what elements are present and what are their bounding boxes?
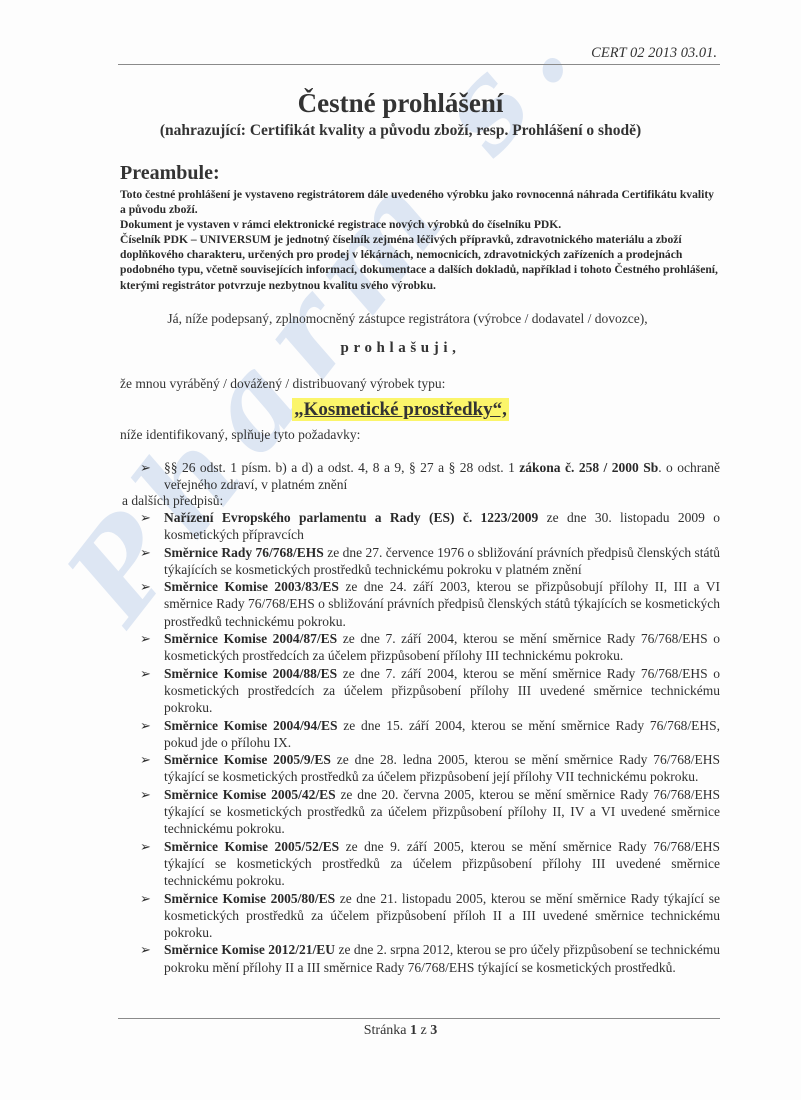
regulation-title: Směrnice Rady 76/768/EHS xyxy=(164,545,324,560)
requirements-intro: níže identifikovaný, splňuje tyto požada… xyxy=(120,427,360,443)
regulation-item: ➢Směrnice Komise 2005/52/ES ze dne 9. zá… xyxy=(140,838,720,890)
footer-divider xyxy=(118,1018,720,1019)
arrow-bullet-icon: ➢ xyxy=(140,941,151,958)
regulation-list: ➢Nařízení Evropského parlamentu a Rady (… xyxy=(140,509,720,976)
arrow-bullet-icon: ➢ xyxy=(140,459,151,476)
regulation-item: ➢Směrnice Komise 2005/42/ES ze dne 20. č… xyxy=(140,786,720,838)
arrow-bullet-icon: ➢ xyxy=(140,838,151,855)
regulation-title: Směrnice Komise 2004/94/ES xyxy=(164,718,338,733)
regulation-item: ➢Směrnice Komise 2004/94/ES ze dne 15. z… xyxy=(140,717,720,752)
regulation-title: Směrnice Komise 2004/88/ES xyxy=(164,666,337,681)
preamble-paragraph: Číselník PDK – UNIVERSUM je jednotný čís… xyxy=(120,232,720,292)
arrow-bullet-icon: ➢ xyxy=(140,509,151,526)
declarant-intro: Já, níže podepsaný, zplnomocněný zástupc… xyxy=(0,311,801,327)
document-code: CERT 02 2013 03.01. xyxy=(591,45,717,62)
law-list: ➢ §§ 26 odst. 1 písm. b) a d) a odst. 4,… xyxy=(140,459,720,494)
regulation-item: ➢Směrnice Komise 2005/80/ES ze dne 21. l… xyxy=(140,890,720,942)
regulation-title: Nařízení Evropského parlamentu a Rady (E… xyxy=(164,510,538,525)
regulation-title: Směrnice Komise 2005/80/ES xyxy=(164,891,335,906)
regulation-item: ➢Směrnice Komise 2004/88/ES ze dne 7. zá… xyxy=(140,665,720,717)
preamble-paragraph: Dokument je vystaven v rámci elektronick… xyxy=(120,217,720,232)
arrow-bullet-icon: ➢ xyxy=(140,890,151,907)
regulation-item: ➢Směrnice Komise 2003/83/ES ze dne 24. z… xyxy=(140,578,720,630)
regulation-item: ➢Směrnice Komise 2005/9/ES ze dne 28. le… xyxy=(140,751,720,786)
regulation-item: ➢Směrnice Rady 76/768/EHS ze dne 27. čer… xyxy=(140,544,720,579)
regulation-title: Směrnice Komise 2004/87/ES xyxy=(164,631,337,646)
arrow-bullet-icon: ➢ xyxy=(140,786,151,803)
document-subtitle: (nahrazující: Certifikát kvality a původ… xyxy=(0,122,801,140)
preamble-text: Toto čestné prohlášení je vystaveno regi… xyxy=(120,187,720,293)
regulation-item: ➢Směrnice Komise 2012/21/EU ze dne 2. sr… xyxy=(140,941,720,976)
header-divider xyxy=(118,64,720,65)
regulation-title: Směrnice Komise 2012/21/EU xyxy=(164,942,335,957)
preamble-heading: Preambule: xyxy=(120,162,220,185)
other-regulations-label: a dalších předpisů: xyxy=(122,493,223,509)
regulation-title: Směrnice Komise 2005/52/ES xyxy=(164,839,339,854)
product-type-wrapper: „Kosmetické prostředky“, xyxy=(0,398,801,421)
document-page: CERT 02 2013 03.01. Čestné prohlášení (n… xyxy=(0,0,801,1100)
regulation-item: ➢Nařízení Evropského parlamentu a Rady (… xyxy=(140,509,720,544)
arrow-bullet-icon: ➢ xyxy=(140,665,151,682)
product-intro: že mnou vyráběný / dovážený / distribuov… xyxy=(120,376,445,392)
arrow-bullet-icon: ➢ xyxy=(140,544,151,561)
law-item: ➢ §§ 26 odst. 1 písm. b) a d) a odst. 4,… xyxy=(140,459,720,494)
arrow-bullet-icon: ➢ xyxy=(140,578,151,595)
arrow-bullet-icon: ➢ xyxy=(140,630,151,647)
page-number: Stránka 1 z 3 xyxy=(0,1023,801,1039)
regulation-title: Směrnice Komise 2003/83/ES xyxy=(164,579,339,594)
arrow-bullet-icon: ➢ xyxy=(140,717,151,734)
declaration-verb: prohlašuji, xyxy=(0,340,801,357)
regulation-item: ➢Směrnice Komise 2004/87/ES ze dne 7. zá… xyxy=(140,630,720,665)
regulation-title: Směrnice Komise 2005/9/ES xyxy=(164,752,331,767)
regulation-title: Směrnice Komise 2005/42/ES xyxy=(164,787,336,802)
document-title: Čestné prohlášení xyxy=(0,88,801,119)
product-type: „Kosmetické prostředky“, xyxy=(292,398,509,421)
arrow-bullet-icon: ➢ xyxy=(140,751,151,768)
preamble-paragraph: Toto čestné prohlášení je vystaveno regi… xyxy=(120,187,720,217)
